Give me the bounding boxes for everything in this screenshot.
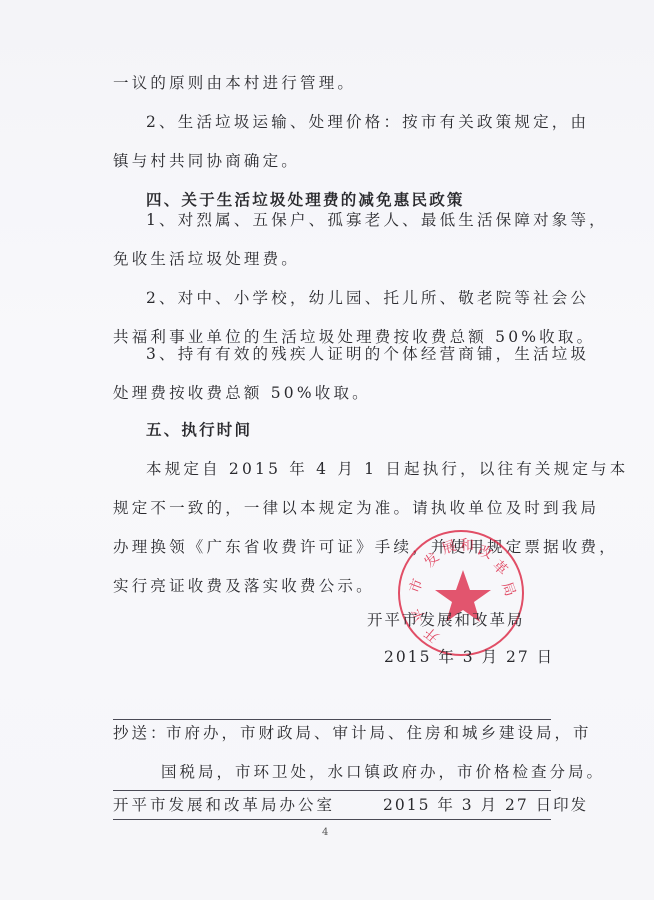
- body-line: 本规定自 2015 年 4 月 1 日起执行，以往有关规定与本: [146, 459, 628, 479]
- footer-rule-middle: [113, 790, 551, 791]
- footer-rule-top: [113, 719, 551, 720]
- signature-date: 2015 年 3 月 27 日: [384, 647, 554, 667]
- print-date: 2015 年 3 月 27 日印发: [383, 795, 588, 815]
- cc-line-1: 市府办，市财政局、审计局、住房和城乡建设局，市: [166, 723, 592, 743]
- issuing-office: 开平市发展和改革局办公室: [113, 795, 335, 815]
- svg-text:局: 局: [498, 580, 518, 599]
- page-number: 4: [322, 827, 328, 838]
- official-seal: 发 展 和 改 革 局 市 平 开: [398, 530, 524, 656]
- cc-label: 抄送：: [113, 723, 169, 743]
- footer-rule-bottom: [113, 819, 551, 820]
- svg-text:革: 革: [489, 558, 510, 579]
- section-heading-4: 四、关于生活垃圾处理费的减免惠民政策: [146, 190, 465, 210]
- svg-text:展: 展: [440, 538, 459, 558]
- signature-issuer: 开平市发展和改革局: [367, 610, 525, 630]
- svg-text:发: 发: [422, 550, 443, 571]
- body-line: 3、持有有效的残疾人证明的个体经营商铺，生活垃圾: [146, 344, 589, 364]
- body-line: 实行亮证收费及落实收费公示。: [113, 576, 375, 596]
- body-line: 一议的原则由本村进行管理。: [113, 73, 356, 93]
- body-line: 规定不一致的，一律以本规定为准。请执收单位及时到我局: [113, 498, 599, 518]
- cc-line-2: 国税局，市环卫处，水口镇政府办，市价格检查分局。: [161, 762, 605, 782]
- svg-text:市: 市: [407, 577, 427, 596]
- svg-text:改: 改: [476, 543, 495, 563]
- section-heading-5: 五、执行时间: [146, 420, 252, 440]
- svg-text:和: 和: [460, 538, 474, 554]
- body-line: 处理费按收费总额 50%收取。: [113, 383, 371, 403]
- seal-star-icon: 发 展 和 改 革 局 市 平 开: [400, 532, 526, 658]
- body-line: 2、对中、小学校，幼儿园、托儿所、敬老院等社会公: [146, 288, 589, 308]
- body-line: 办理换领《广东省收费许可证》手续，并使用规定票据收费，: [113, 537, 618, 557]
- body-line: 1、对烈属、五保户、孤寡老人、最低生活保障对象等，: [146, 210, 608, 230]
- body-line: 免收生活垃圾处理费。: [113, 249, 300, 269]
- body-line: 2、生活垃圾运输、处理价格：按市有关政策规定，由: [146, 112, 589, 132]
- body-line: 镇与村共同协商确定。: [113, 151, 300, 171]
- document-page: 一议的原则由本村进行管理。 2、生活垃圾运输、处理价格：按市有关政策规定，由 镇…: [0, 0, 654, 900]
